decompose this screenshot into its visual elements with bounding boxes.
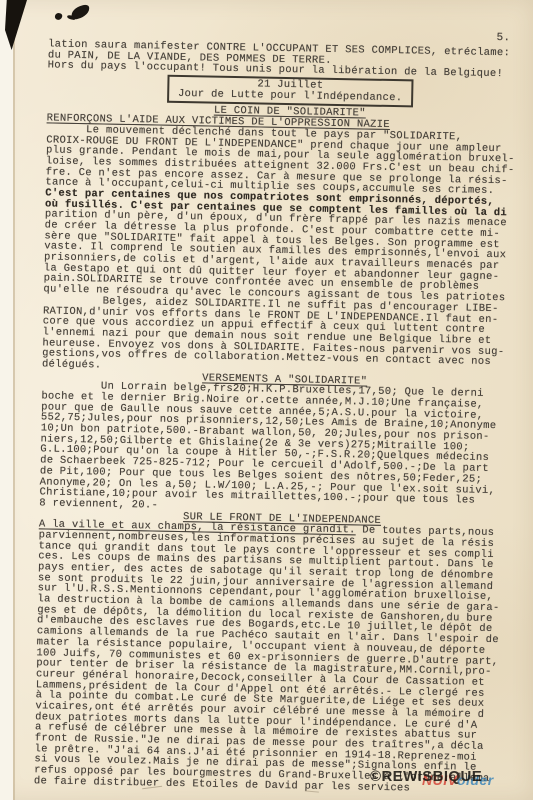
independence-day-banner: 21 Juillet Jour de Lutte pour l'Indépend… (167, 75, 414, 108)
front-paragraph: parviennent,nombreuses,les informations … (34, 530, 525, 796)
paper-edge-shadow (13, 0, 15, 800)
ink-blot (54, 12, 63, 21)
banner-slogan: Jour de Lutte pour l'Indépendance. (178, 89, 403, 104)
watermark-copyright: ©REWISBIQUE (370, 768, 482, 785)
page-number: 5. (496, 33, 510, 44)
scanned-document-page: 5. lation saura manifester CONTRE L'OCCU… (0, 0, 533, 800)
watermark: NUIVolder ©REWISBIQUE (370, 768, 530, 792)
solidarite-paragraph: Le mouvement déclenché dans tout le pays… (42, 124, 533, 379)
document-body: 5. lation saura manifester CONTRE L'OCCU… (34, 39, 533, 796)
scan-left-margin (0, 0, 13, 800)
ink-blot (70, 4, 91, 20)
versements-paragraph: Un Lorrain belge,frs20;H.K.P.Bruxelles,1… (39, 381, 527, 519)
